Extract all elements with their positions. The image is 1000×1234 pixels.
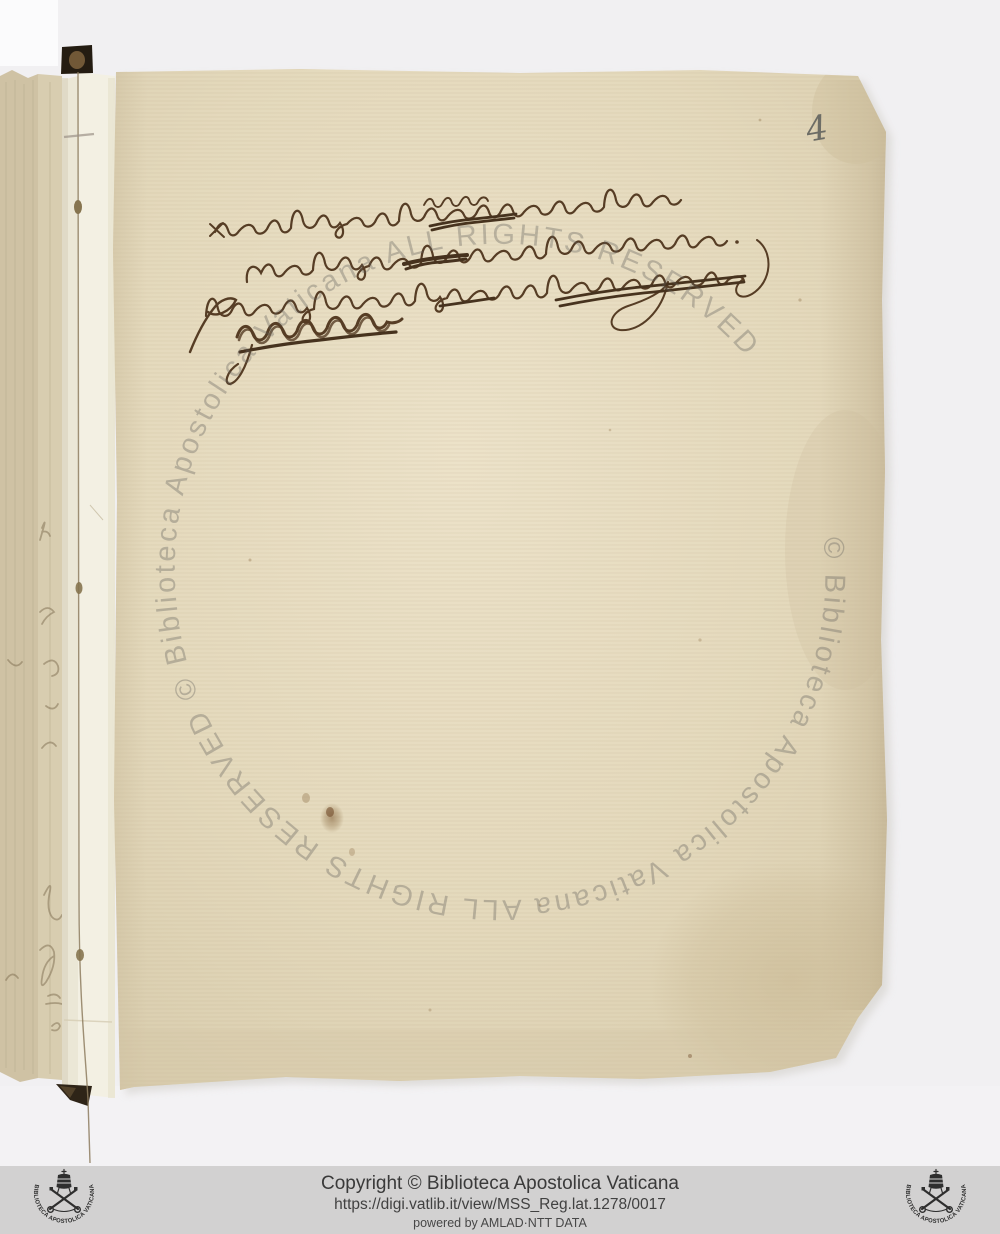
footer-copyright: Copyright © Biblioteca Apostolica Vatica… xyxy=(0,1172,1000,1195)
footer-powered-by: powered by AMLAD·NTT DATA xyxy=(0,1215,1000,1232)
footer-bar: BIBLIOTECA APOSTOLICA VATICANA Copyright… xyxy=(0,1166,1000,1234)
manuscript-scan-page: 4 © Biblioteca Apostolica Vaticana ALL R… xyxy=(0,0,1000,1234)
scan-background-highlight xyxy=(0,0,58,66)
facing-page-edge xyxy=(0,70,62,1082)
footer-text-block: Copyright © Biblioteca Apostolica Vatica… xyxy=(0,1172,1000,1232)
scan-background-bottom xyxy=(0,1086,1000,1166)
binding-notch-top xyxy=(61,45,93,74)
binding-guard xyxy=(62,72,115,1098)
manuscript-photo: 4 © Biblioteca Apostolica Vaticana ALL R… xyxy=(0,0,1000,1166)
footer-url: https://digi.vatlib.it/view/MSS_Reg.lat.… xyxy=(0,1195,1000,1215)
